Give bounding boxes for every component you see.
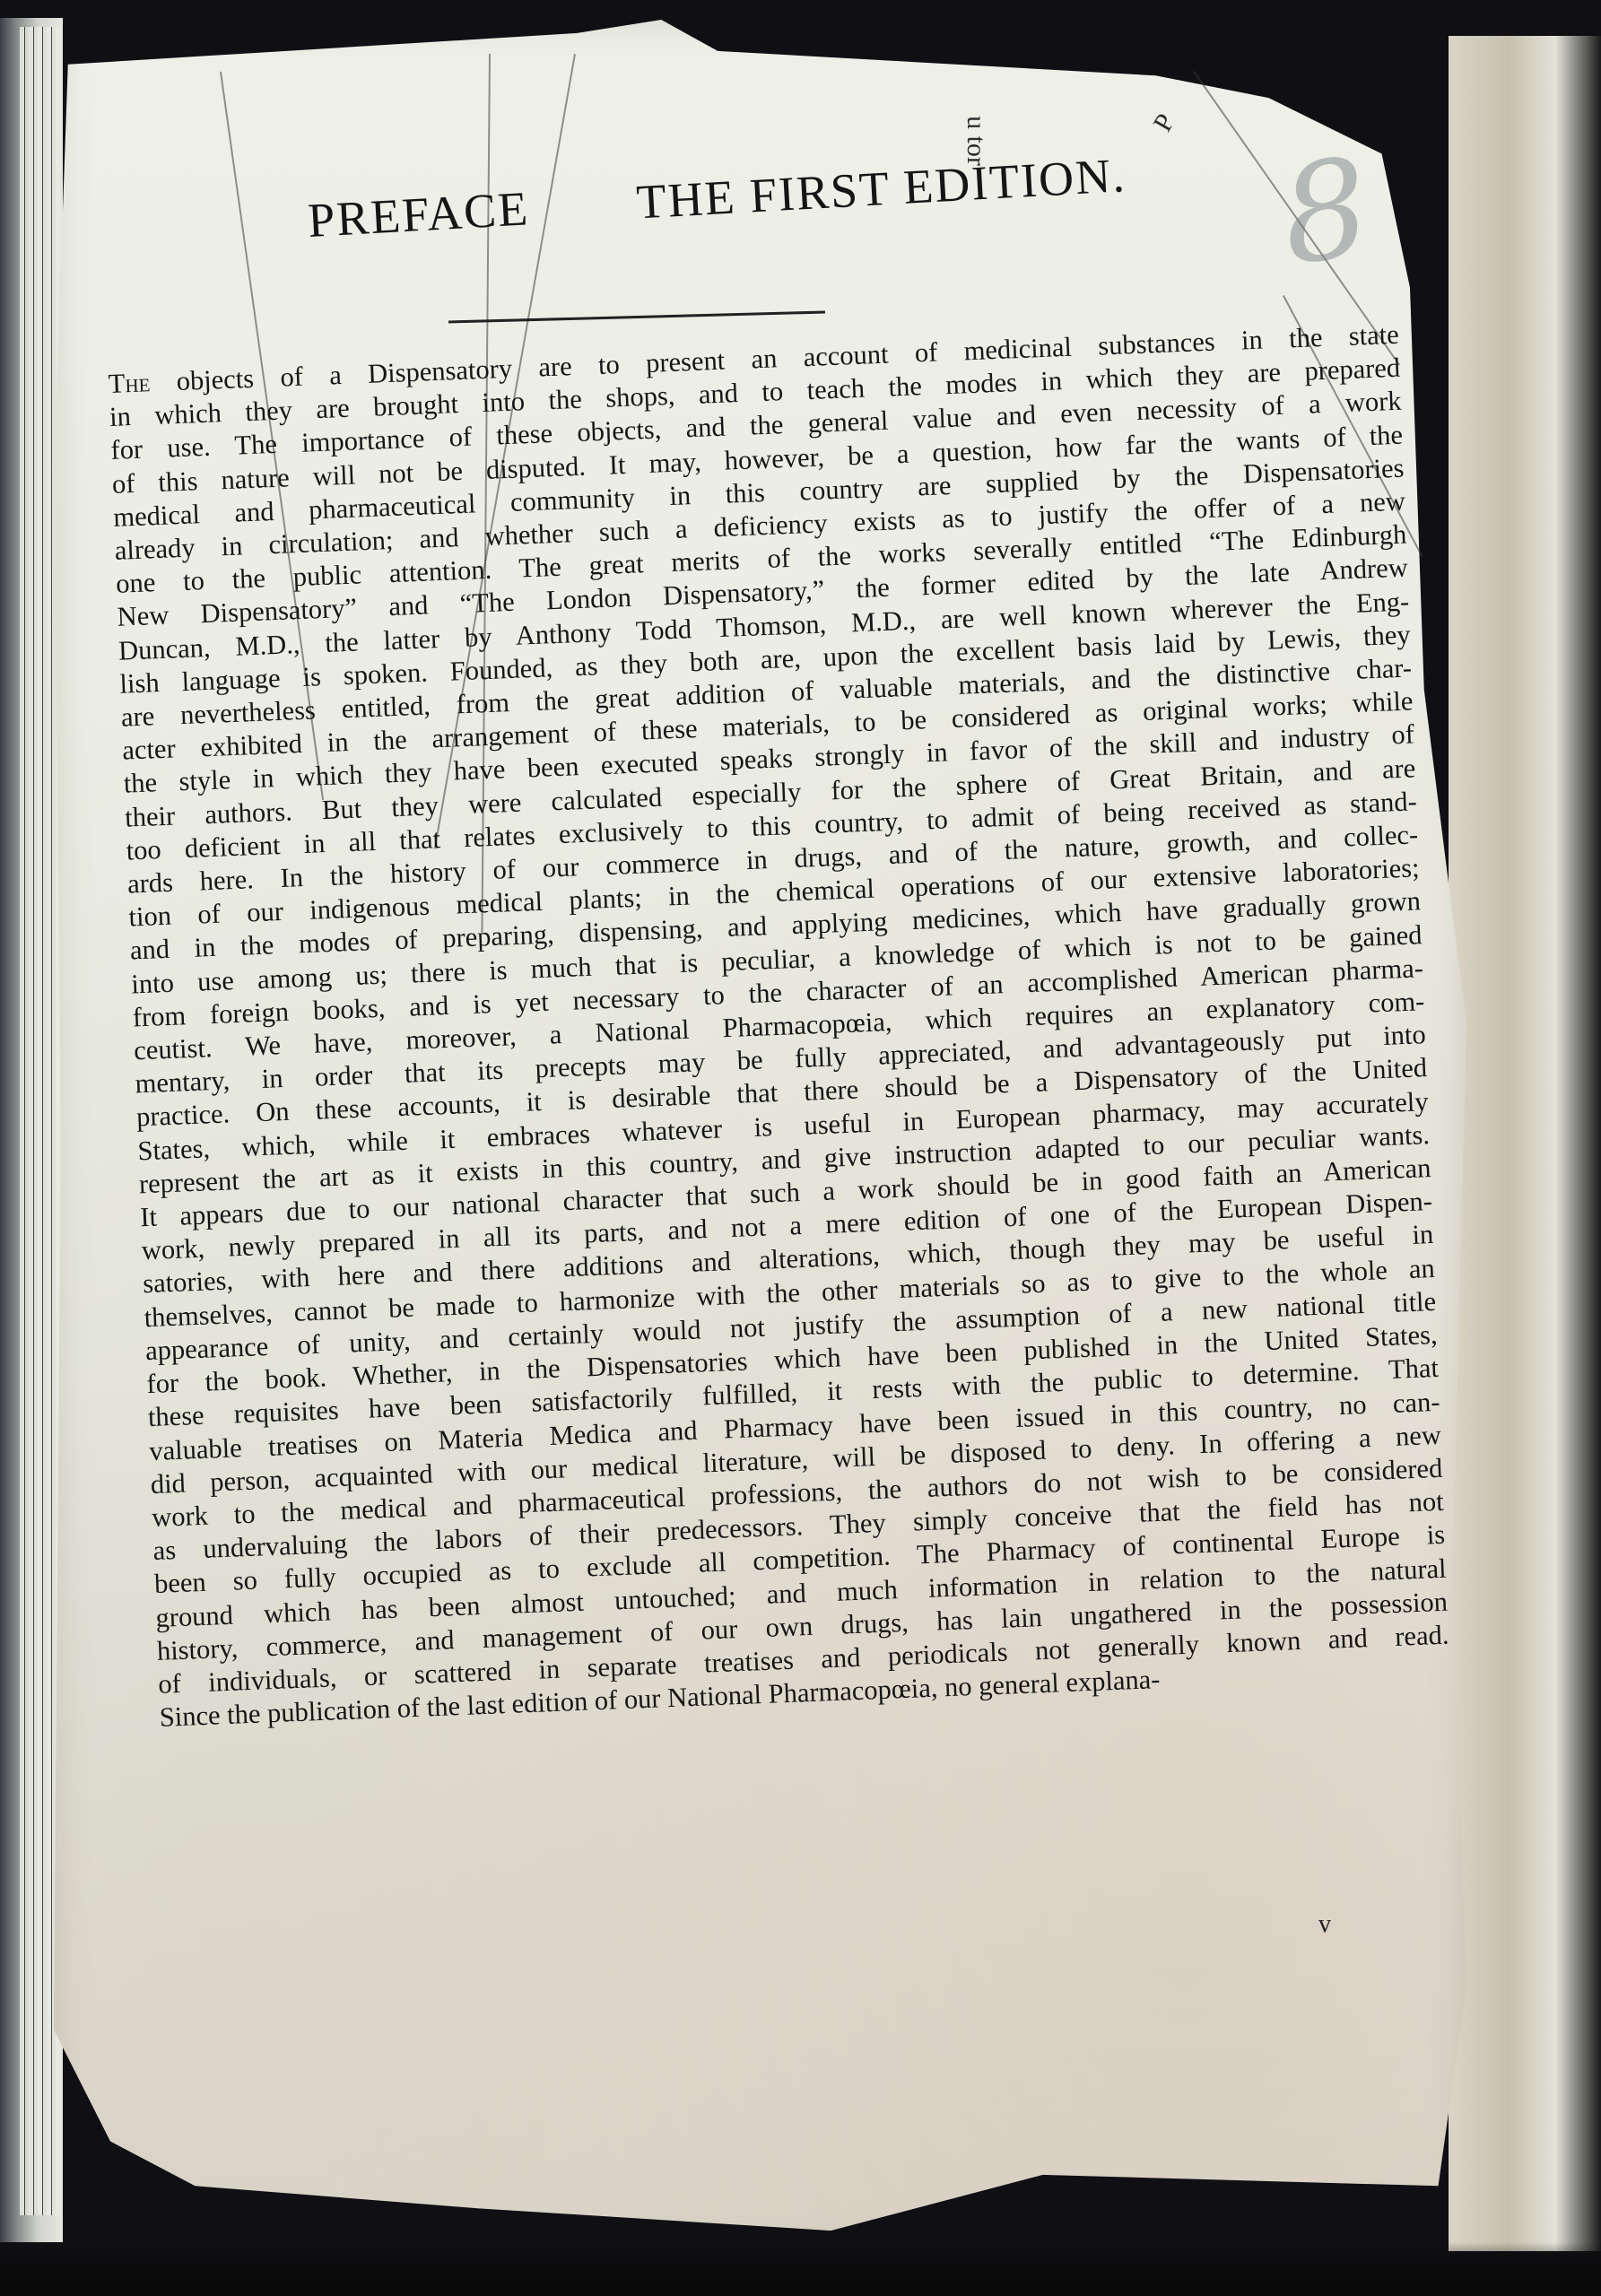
page-edges-right	[1449, 36, 1601, 2251]
page-edges-left	[20, 27, 60, 2215]
preface-body: The objects of a Dispensatory are to pre…	[108, 318, 1450, 1735]
background-shadow	[0, 2242, 1601, 2296]
title-part-preface: PREFACE	[307, 181, 531, 248]
lead-word: The	[108, 367, 151, 399]
page-number: v	[1318, 1910, 1331, 1939]
